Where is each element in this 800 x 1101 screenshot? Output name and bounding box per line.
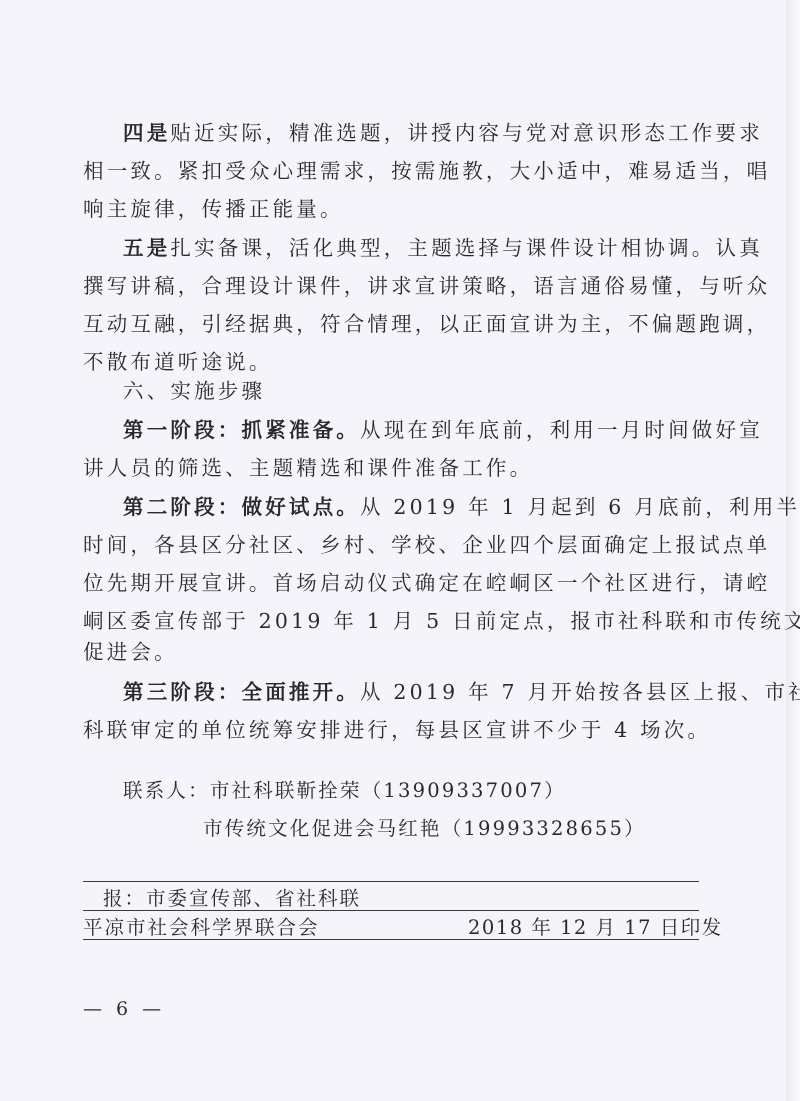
para5-lead: 五是 (123, 236, 170, 260)
stage2-line5: 促进会。 (83, 640, 699, 666)
footer-rule-bottom (83, 939, 699, 940)
para4-line2: 相一致。紧扣受众心理需求，按需施教，大小适中，难易适当，唱 (83, 159, 699, 185)
para4-line3: 响主旋律，传播正能量。 (83, 197, 699, 223)
stage1-line1: 第一阶段：抓紧准备。从现在到年底前，利用一月时间做好宣 (123, 418, 699, 444)
report-to: 报：市委宣传部、省社科联 (103, 887, 361, 911)
contact-1: 市社科联靳拴荣（13909337007） (210, 779, 566, 802)
issuer: 平凉市社会科学界联合会 (83, 916, 320, 940)
contacts-line2: 市传统文化促进会马红艳（19993328655） (203, 817, 646, 841)
stage2-line3: 位先期开展宣讲。首场启动仪式确定在崆峒区一个社区进行，请崆 (83, 571, 699, 597)
stage3-text: 从 2019 年 7 月开始按各县区上报、市社 (360, 680, 800, 704)
scan-edge (786, 0, 800, 1101)
para5-line1: 五是扎实备课，活化典型，主题选择与课件设计相协调。认真 (123, 236, 699, 262)
para5-line3: 互动互融，引经据典，符合情理，以正面宣讲为主，不偏题跑调， (83, 312, 699, 338)
para4-line1: 四是贴近实际，精准选题，讲授内容与党对意识形态工作要求 (123, 121, 699, 147)
para5-text: 扎实备课，活化典型，主题选择与课件设计相协调。认真 (170, 236, 763, 260)
contacts-line1: 联系人：市社科联靳拴荣（13909337007） (123, 779, 566, 803)
footer-rule-middle (83, 910, 699, 911)
issue-date: 2018 年 12 月 17 日印发 (468, 916, 723, 940)
contacts-label: 联系人： (123, 779, 210, 802)
stage3-lead: 第三阶段：全面推开。 (123, 680, 360, 704)
stage1-line2: 讲人员的筛选、主题精选和课件准备工作。 (83, 456, 699, 482)
para5-line4: 不散布道听途说。 (83, 350, 699, 376)
para4-lead: 四是 (123, 121, 170, 145)
stage2-lead: 第二阶段：做好试点。 (123, 495, 360, 519)
stage1-text: 从现在到年底前，利用一月时间做好宣 (360, 418, 763, 442)
document-page: 四是贴近实际，精准选题，讲授内容与党对意识形态工作要求 相一致。紧扣受众心理需求… (0, 0, 800, 1101)
section-heading: 六、实施步骤 (123, 379, 699, 405)
para4-text: 贴近实际，精准选题，讲授内容与党对意识形态工作要求 (170, 121, 763, 145)
stage2-line2: 时间，各县区分社区、乡村、学校、企业四个层面确定上报试点单 (83, 533, 699, 559)
page-number: — 6 — (83, 998, 165, 1020)
para5-line2: 撰写讲稿，合理设计课件，讲求宣讲策略，语言通俗易懂，与听众 (83, 274, 699, 300)
stage2-line4: 峒区委宣传部于 2019 年 1 月 5 日前定点，报市社科联和市传统文化 (83, 609, 699, 635)
stage3-line2: 科联审定的单位统筹安排进行，每县区宣讲不少于 4 场次。 (83, 718, 699, 744)
stage1-lead: 第一阶段：抓紧准备。 (123, 418, 360, 442)
stage3-line1: 第三阶段：全面推开。从 2019 年 7 月开始按各县区上报、市社 (123, 680, 699, 706)
footer-rule-top (83, 881, 699, 882)
stage2-text: 从 2019 年 1 月起到 6 月底前，利用半年 (360, 495, 800, 519)
stage2-line1: 第二阶段：做好试点。从 2019 年 1 月起到 6 月底前，利用半年 (123, 495, 699, 521)
